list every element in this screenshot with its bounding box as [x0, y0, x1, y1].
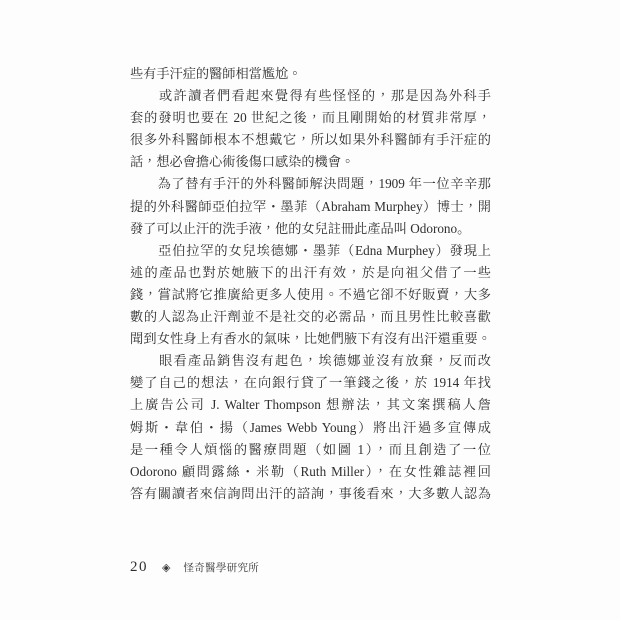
text-line: 些有手汗症的醫師相當尷尬。: [130, 63, 491, 85]
text-line: 話，想必會擔心術後傷口感染的機會。: [130, 151, 491, 173]
text-line: 上廣告公司 J. Walter Thompson 想辦法，其文案撰稿人詹: [130, 394, 491, 416]
text-line: 為了替有手汗的外科醫師解決問題，1909 年一位辛辛那: [130, 173, 491, 195]
text-line: 變了自己的想法，在向銀行貸了一筆錢之後，於 1914 年找: [130, 372, 491, 394]
book-title-label: 怪奇醫學研究所: [183, 560, 259, 575]
text-line: 亞伯拉罕的女兒埃德娜・墨菲（Edna Murphey）發現上: [130, 240, 491, 262]
text-line: 錢，嘗試將它推廣給更多人使用。不過它卻不好販賣，大多: [130, 284, 491, 306]
text-line: 姆斯・韋伯・揚（James Webb Young）將出汗過多宣傳成: [130, 417, 491, 439]
text-line: 聞到女性身上有香水的氣味，比她們腋下有沒有出汗還重要。: [130, 328, 491, 350]
text-line: 是一種令人煩惱的醫療問題（如圖 1），而且創造了一位: [130, 439, 491, 461]
book-page: 些有手汗症的醫師相當尷尬。 或許讀者們看起來覺得有些怪怪的，那是因為外科手套的發…: [0, 0, 620, 620]
diamond-icon: ◈: [162, 561, 170, 574]
text-line: 數的人認為止汗劑並不是社交的必需品，而且男性比較喜歡: [130, 306, 491, 328]
text-line: 眼看產品銷售沒有起色，埃德娜並沒有放棄，反而改: [130, 350, 491, 372]
page-number-label: 20: [130, 559, 148, 576]
body-text: 些有手汗症的醫師相當尷尬。 或許讀者們看起來覺得有些怪怪的，那是因為外科手套的發…: [130, 63, 491, 505]
text-line: 答有關讀者來信詢問出汗的諮詢，事後看來，大多數人認為: [130, 483, 491, 505]
text-line: 套的發明也要在 20 世紀之後，而且剛開始的材質非常厚，: [130, 107, 491, 129]
text-line: 發了可以止汗的洗手液，他的女兒註冊此產品叫 Odorono。: [130, 218, 491, 240]
text-line: 很多外科醫師根本不想戴它，所以如果外科醫師有手汗症的: [130, 129, 491, 151]
text-line: 提的外科醫師亞伯拉罕・墨菲（Abraham Murphey）博士，開: [130, 196, 491, 218]
text-line: 述的產品也對於她腋下的出汗有效，於是向祖父借了一些: [130, 262, 491, 284]
page-footer: 20 ◈ 怪奇醫學研究所: [130, 559, 259, 576]
text-line: Odorono 顧問露絲・米勒（Ruth Miller），在女性雜誌裡回: [130, 461, 491, 483]
text-line: 或許讀者們看起來覺得有些怪怪的，那是因為外科手: [130, 85, 491, 107]
